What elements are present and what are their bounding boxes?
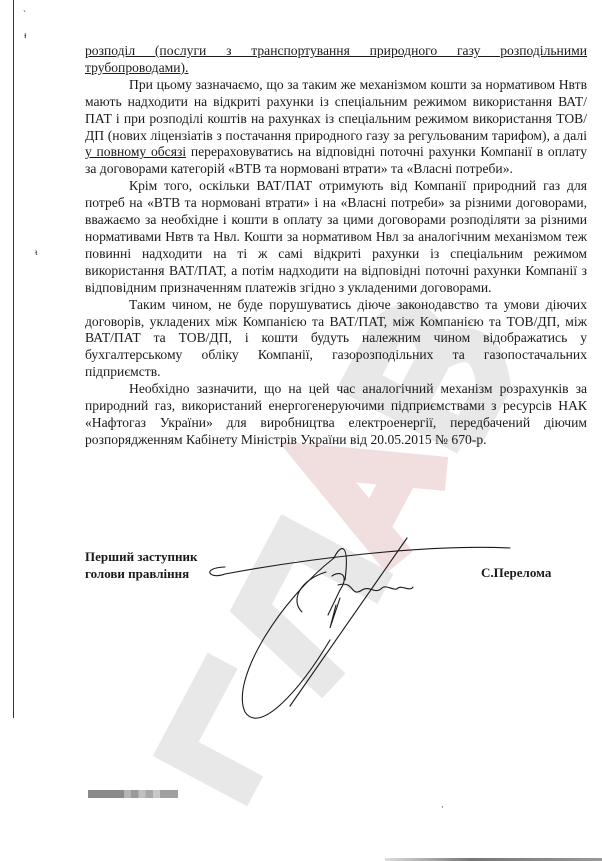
handwritten-signature: [0, 0, 602, 861]
